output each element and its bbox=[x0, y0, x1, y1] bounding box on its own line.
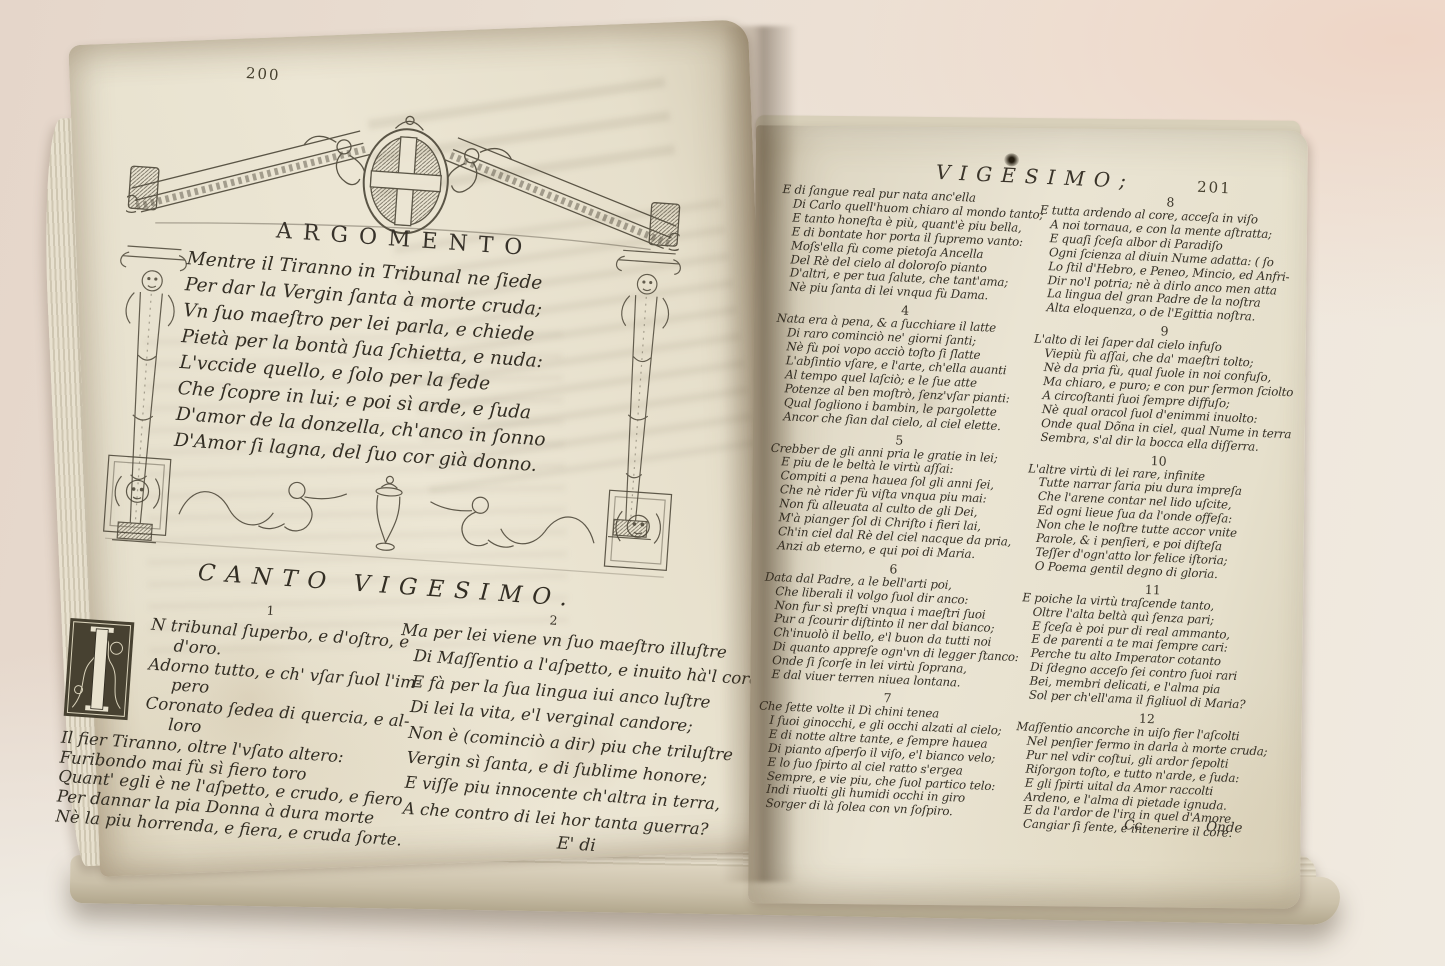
photo-background: 200 bbox=[0, 0, 1445, 966]
page-number-right: 201 bbox=[1197, 178, 1232, 198]
signature-mark: Cc bbox=[1124, 817, 1143, 834]
right-page-column-1: E di ſangue real pur nata anc'ellaDi Car… bbox=[754, 183, 1038, 825]
stanza: 8E tutta ardendo al core, acceſa in viſo… bbox=[1035, 189, 1300, 327]
left-page: 200 bbox=[68, 19, 779, 876]
decorated-initial-I bbox=[63, 617, 136, 721]
stanza: 10L'altre virtù di lei rare, infiniteTut… bbox=[1023, 447, 1288, 585]
left-column-stanza-2: 2 Ma per lei viene vn ſuo maeſtro illuſt… bbox=[388, 602, 704, 841]
right-page-column-2: 8E tutta ardendo al core, acceſa in viſo… bbox=[1012, 189, 1301, 846]
left-page-content: 200 bbox=[18, 38, 754, 915]
catchword-right-page: Onde bbox=[1206, 819, 1243, 837]
stanza: 9L'alto di lei ſaper dal cielo infuſoVie… bbox=[1029, 318, 1294, 456]
left-column-stanza-1: N tribunal ſuperbo, e d'oſtro, ed'oro.Ad… bbox=[55, 609, 413, 850]
stanza-2-lines: Ma per lei viene vn ſuo maeſtro illuſtre… bbox=[388, 617, 703, 841]
argomento-block: ARGOMENTO Mentre il Tiranno in Tribunal … bbox=[173, 212, 621, 484]
stanza: E di ſangue real pur nata anc'ellaDi Car… bbox=[778, 183, 1039, 306]
gutter-shadow bbox=[722, 26, 796, 882]
right-page: VIGESIMO; 201 E di ſangue real pur nata … bbox=[748, 125, 1308, 909]
stanza: 5Crebber de gli anni pria le gratie in l… bbox=[766, 426, 1027, 564]
stanza: 11E poiche la virtù traſcende tanto,Oltr… bbox=[1018, 576, 1283, 714]
stanza-number: 1 bbox=[250, 601, 291, 619]
stanza: 4Nata era à pena, & a ſucchiare il latte… bbox=[772, 297, 1033, 435]
catchword-left-page: E' di bbox=[556, 833, 596, 856]
right-page-content: VIGESIMO; 201 E di ſangue real pur nata … bbox=[722, 124, 1309, 926]
page-number-left: 200 bbox=[245, 64, 281, 84]
stanza: 6Data dal Padre, a le bell'arti poi,Che … bbox=[760, 555, 1021, 693]
